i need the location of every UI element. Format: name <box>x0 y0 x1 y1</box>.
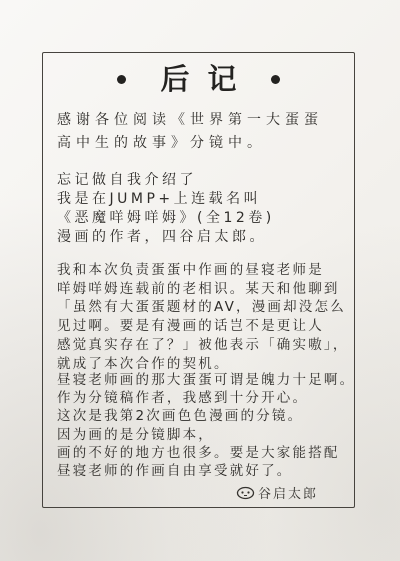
paragraph-thanks: 感谢各位阅读《世界第一大蛋蛋 高中生的故事》分镜中。 <box>57 109 348 155</box>
text-line: 昼寝老师的作画自由享受就好了。 <box>57 462 348 480</box>
text-line: 咩姆咩姆连载前的老相识。某天和他聊到 <box>57 280 348 299</box>
right-bullet-dot <box>271 75 280 84</box>
title-row: 后记 <box>43 65 354 94</box>
signature-face-icon <box>236 486 255 500</box>
signature-text: 谷启太郎 <box>258 483 318 502</box>
text-line: 因为画的是分镜脚本， <box>57 426 348 444</box>
text-line: 感谢各位阅读《世界第一大蛋蛋 <box>57 109 348 132</box>
paragraph-collaboration-story: 我和本次负责蛋蛋中作画的昼寝老师是 咩姆咩姆连载前的老相识。某天和他聊到 「虽然… <box>57 261 348 373</box>
text-line: 忘记做自我介绍了 <box>57 171 348 190</box>
text-line: 高中生的故事》分镜中。 <box>57 132 348 155</box>
author-signature: 谷启太郎 <box>236 483 318 502</box>
paragraph-closing-remarks: 昼寝老师画的那大蛋蛋可谓是魄力十足啊。 作为分镜稿作者，我感到十分开心。 这次是… <box>57 371 348 480</box>
page-title: 后记 <box>160 65 254 94</box>
text-line: 感觉真实存在了？」被他表示「确实嗷」， <box>57 336 348 355</box>
text-line: 作为分镜稿作者，我感到十分开心。 <box>57 389 348 407</box>
text-line: 见过啊。要是有漫画的话岂不是更让人 <box>57 317 348 336</box>
left-bullet-dot <box>117 75 126 84</box>
afterword-page: 后记 感谢各位阅读《世界第一大蛋蛋 高中生的故事》分镜中。 忘记做自我介绍了 我… <box>0 0 400 561</box>
text-line: 漫画的作者，四谷启太郎。 <box>57 228 348 247</box>
text-line: 《恶魔咩姆咩姆》(全12卷) <box>57 209 348 228</box>
text-line: 我是在JUMP+上连载名叫 <box>57 190 348 209</box>
text-line: 昼寝老师画的那大蛋蛋可谓是魄力十足啊。 <box>57 371 348 389</box>
text-line: 我和本次负责蛋蛋中作画的昼寝老师是 <box>57 261 348 280</box>
text-line: 画的不好的地方也很多。要是大家能搭配 <box>57 444 348 462</box>
hand-drawn-border: 后记 感谢各位阅读《世界第一大蛋蛋 高中生的故事》分镜中。 忘记做自我介绍了 我… <box>42 52 355 508</box>
text-line: 这次是我第2次画色色漫画的分镜。 <box>57 407 348 425</box>
text-line: 「虽然有大蛋蛋题材的AV，漫画却没怎么 <box>57 298 348 317</box>
paragraph-self-introduction: 忘记做自我介绍了 我是在JUMP+上连载名叫 《恶魔咩姆咩姆》(全12卷) 漫画… <box>57 171 348 247</box>
